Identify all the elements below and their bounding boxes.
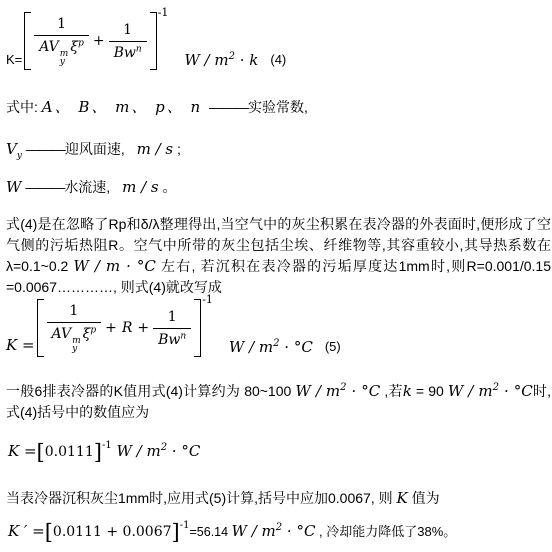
result-value: =56.14	[189, 525, 231, 539]
fraction-denominator: AVmyξp	[34, 35, 89, 66]
para2-text-1: 一般6排表冷器的K值用式(4)计算约为 80~100	[6, 383, 295, 399]
unit-base: W / m	[184, 51, 228, 69]
formula5-lhs: K =	[6, 336, 35, 357]
right-bracket: ]	[94, 440, 102, 464]
fraction-water-side: 1 Bwn	[153, 309, 191, 348]
para3-text-2: 值为	[408, 490, 440, 506]
v-sub: y	[60, 58, 69, 66]
v-sub: y	[72, 345, 81, 353]
formula-k-prime: K ′ =[0.0111 + 0.0067]-1=56.14 W / m2 · …	[8, 520, 456, 544]
vy-unit: m / s	[137, 140, 174, 158]
den-bw: Bw	[158, 332, 180, 348]
den-av: AV	[39, 39, 59, 55]
fraction-numerator: 1	[67, 303, 80, 322]
variable-definition-vy: Vy ———迎风面速, m / s ;	[6, 139, 181, 159]
unit-base: W / m	[73, 257, 120, 275]
vy-letter: V	[6, 140, 17, 158]
unit-tail: · °C	[499, 382, 533, 400]
formula-lhs: K ′ =	[8, 522, 45, 540]
unit-base: W / m	[112, 442, 161, 460]
formula4-body: 1 AVmyξp + 1 Bwn	[31, 12, 149, 70]
formula4-lhs: K=	[6, 52, 22, 70]
formula-lhs: K =	[8, 442, 37, 460]
display-formula-5: K = 1 AVmyξp + R + 1 Bwn -1 W / m2 · °C …	[6, 299, 341, 357]
w-punct: 。	[163, 179, 177, 195]
unit-tail: · °C	[280, 338, 313, 356]
display-formula-4: K= 1 AVmyξp + 1 Bwn -1 W / m2 · k (4)	[6, 12, 286, 70]
document-page: K= 1 AVmyξp + 1 Bwn -1 W / m2 · k (4) 式中…	[0, 0, 552, 552]
w-variable: W	[6, 178, 21, 196]
bracket-exponent: -1	[202, 294, 213, 305]
fraction-air-side: 1 AVmyξp	[34, 16, 89, 66]
unit-tail: · °C	[120, 257, 156, 275]
vy-punct: ;	[177, 141, 181, 157]
fraction-water-side: 1 Bwn	[109, 22, 147, 61]
xi-sup: p	[90, 325, 96, 335]
unit-tail: · k	[235, 51, 258, 69]
formula5-unit: W / m2 · °C	[229, 338, 313, 357]
fraction-air-side: 1 AVmyξp	[47, 303, 102, 353]
k-range-unit: W / m2 · °C	[295, 382, 380, 400]
w-sup: n	[180, 331, 186, 341]
equation-number: (5)	[325, 339, 341, 357]
fraction-numerator: 1	[166, 309, 179, 328]
vy-subscript: y	[17, 151, 22, 161]
w-description: 水流速,	[64, 179, 110, 195]
left-bracket: [	[37, 440, 45, 464]
bracket-exponent: -1	[180, 520, 190, 531]
k-variable: k	[403, 382, 412, 400]
formula4-bracket-group: 1 AVmyξp + 1 Bwn -1	[24, 12, 168, 70]
formula5-bracket-group: 1 AVmyξp + R + 1 Bwn -1	[37, 299, 213, 357]
variable-definition-w: W ———水流速, m / s 。	[6, 177, 177, 197]
para2-text-3: = 90	[412, 383, 448, 399]
plus-operator: +	[137, 320, 149, 336]
w-unit: m / s	[122, 178, 159, 196]
right-bracket	[194, 299, 201, 357]
definition-dash: ———	[26, 141, 65, 157]
definition-dash: ———	[25, 179, 64, 195]
paragraph-derivation: 式(4)是在忽略了Rp和δ/λ整理得出,当空气中的灰尘积累在表冷器的外表面时,便…	[6, 214, 551, 298]
para3-text-1: 当表冷器沉积灰尘1mm时,应用式(5)计算,括号中应加0.0067, 则	[6, 490, 397, 506]
formula-unit: W / m2 · °C	[232, 522, 316, 540]
right-bracket	[150, 12, 157, 70]
den-av: AV	[52, 326, 72, 342]
where-description: 实验常数,	[248, 99, 308, 115]
para2-text-2: ,若	[380, 383, 402, 399]
xi-symbol: ξ	[70, 39, 78, 55]
den-bw: Bw	[114, 45, 136, 61]
formula-k-90: K =[0.0111]-1 W / m2 · °C	[8, 440, 200, 464]
unit-base: W / m	[295, 382, 340, 400]
unit-base: W / m	[448, 382, 493, 400]
paragraph-dust: 当表冷器沉积灰尘1mm时,应用式(5)计算,括号中应加0.0067, 则 K 值…	[6, 488, 551, 509]
w-sup: n	[136, 44, 142, 54]
where-clause: 式中: A、 B、 m、 p、 n ———实验常数,	[6, 96, 308, 117]
bracket-exponent: -1	[102, 440, 112, 451]
equation-number: (4)	[270, 52, 286, 70]
constant-variables: A、 B、 m、 p、 n	[42, 98, 209, 116]
paragraph-k-value: 一般6排表冷器的K值用式(4)计算约为 80~100 W / m2 · °C ,…	[6, 381, 551, 423]
unit-tail: · °C	[282, 522, 315, 540]
fraction-numerator: 1	[121, 22, 134, 41]
unit-base: W / m	[229, 338, 273, 356]
formula-unit: W / m2 · °C	[112, 442, 201, 460]
bracket-value: 0.0111 + 0.0067	[53, 524, 172, 540]
fraction-numerator: 1	[55, 16, 68, 35]
v-supsub: my	[72, 337, 81, 353]
formula4-unit: W / m2 · k	[184, 51, 258, 70]
bracket-value: 0.0111	[45, 444, 94, 460]
unit-base: W / m	[232, 522, 276, 540]
fraction-denominator: Bwn	[109, 41, 147, 61]
vy-variable: Vy	[6, 140, 22, 158]
plus-operator: +	[105, 320, 117, 336]
k90-unit: W / m2 · °C	[448, 382, 533, 400]
definition-dash: ———	[209, 99, 248, 115]
right-bracket: ]	[172, 520, 180, 544]
fouling-resistance-term: R	[122, 320, 133, 336]
vy-description: 迎风面速,	[65, 141, 125, 157]
where-label: 式中:	[6, 99, 38, 115]
conclusion-text: , 冷却能力降低了38%。	[315, 524, 456, 539]
left-bracket	[37, 299, 44, 357]
fraction-denominator: AVmyξp	[47, 322, 102, 353]
bracket-exponent: -1	[158, 7, 169, 18]
fraction-denominator: Bwn	[153, 328, 191, 348]
unit-tail: · °C	[167, 442, 200, 460]
left-bracket	[24, 12, 31, 70]
plus-operator: +	[93, 33, 105, 49]
lambda-unit: W / m · °C	[73, 257, 155, 275]
unit-tail: · °C	[346, 382, 380, 400]
xi-sup: p	[78, 38, 84, 48]
k-variable: K	[397, 489, 408, 507]
v-supsub: my	[60, 50, 69, 66]
left-bracket: [	[45, 520, 53, 544]
formula5-body: 1 AVmyξp + R + 1 Bwn	[44, 299, 195, 357]
